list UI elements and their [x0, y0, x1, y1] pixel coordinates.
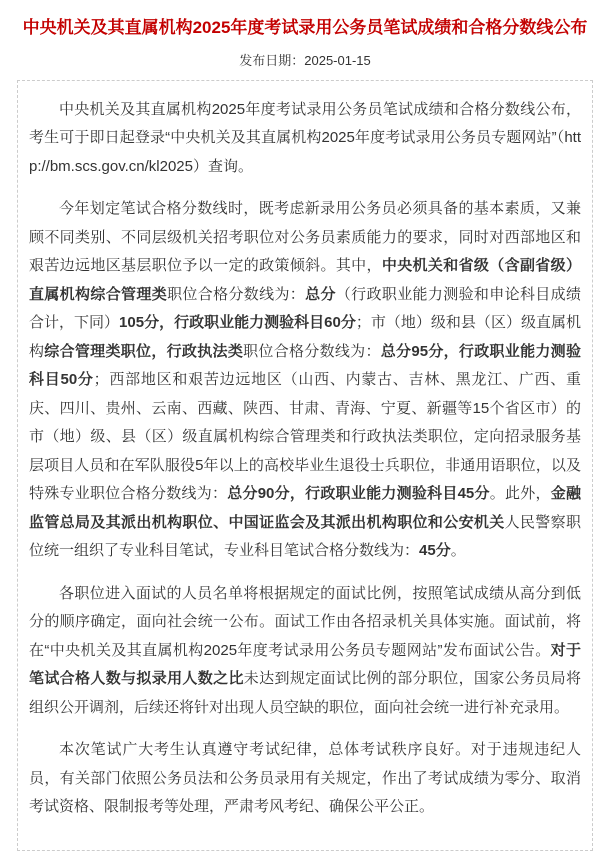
bold-text-run: 综合管理类职位，行政执法类: [44, 343, 243, 360]
paragraph: 本次笔试广大考生认真遵守考试纪律，总体考试秩序良好。对于违规违纪人员，有关部门依…: [29, 736, 581, 822]
bold-text-run: 总分: [305, 286, 336, 303]
bold-text-run: 105分，行政职业能力测验科目60分: [119, 314, 356, 331]
paragraph: 今年划定笔试合格分数线时，既考虑新录用公务员必须具备的基本素质，又兼顾不同类别、…: [29, 195, 581, 566]
text-run: 中央机关及其直属机构2025年度考试录用公务员笔试成绩和合格分数线公布，考生可于…: [29, 101, 581, 175]
publish-date-line: 发布日期：2025-01-15: [0, 50, 610, 69]
bold-text-run: 总分90分，行政职业能力测验科目45分: [227, 485, 490, 502]
text-run: 各职位进入面试的人员名单将根据规定的面试比例，按照笔试成绩从高分到低分的顺序确定…: [29, 585, 581, 659]
text-run: 。此外，: [490, 485, 551, 502]
paragraph: 各职位进入面试的人员名单将根据规定的面试比例，按照笔试成绩从高分到低分的顺序确定…: [29, 580, 581, 723]
text-run: 。: [451, 542, 466, 559]
text-run: 本次笔试广大考生认真遵守考试纪律，总体考试秩序良好。对于违规违纪人员，有关部门依…: [29, 741, 581, 815]
bold-text-run: 45分: [419, 542, 451, 559]
text-run: 职位合格分数线为：: [243, 343, 381, 360]
article-body: 中央机关及其直属机构2025年度考试录用公务员笔试成绩和合格分数线公布，考生可于…: [17, 80, 593, 851]
text-run: ；西部地区和艰苦边远地区（山西、内蒙古、吉林、黑龙江、广西、重庆、四川、贵州、云…: [29, 371, 581, 502]
page-title: 中央机关及其直属机构2025年度考试录用公务员笔试成绩和合格分数线公布: [16, 16, 594, 41]
paragraph: 中央机关及其直属机构2025年度考试录用公务员笔试成绩和合格分数线公布，考生可于…: [29, 96, 581, 182]
text-run: 职位合格分数线为：: [167, 286, 305, 303]
publish-date-value: 2025-01-15: [304, 53, 371, 68]
publish-date-label: 发布日期：: [239, 53, 304, 68]
